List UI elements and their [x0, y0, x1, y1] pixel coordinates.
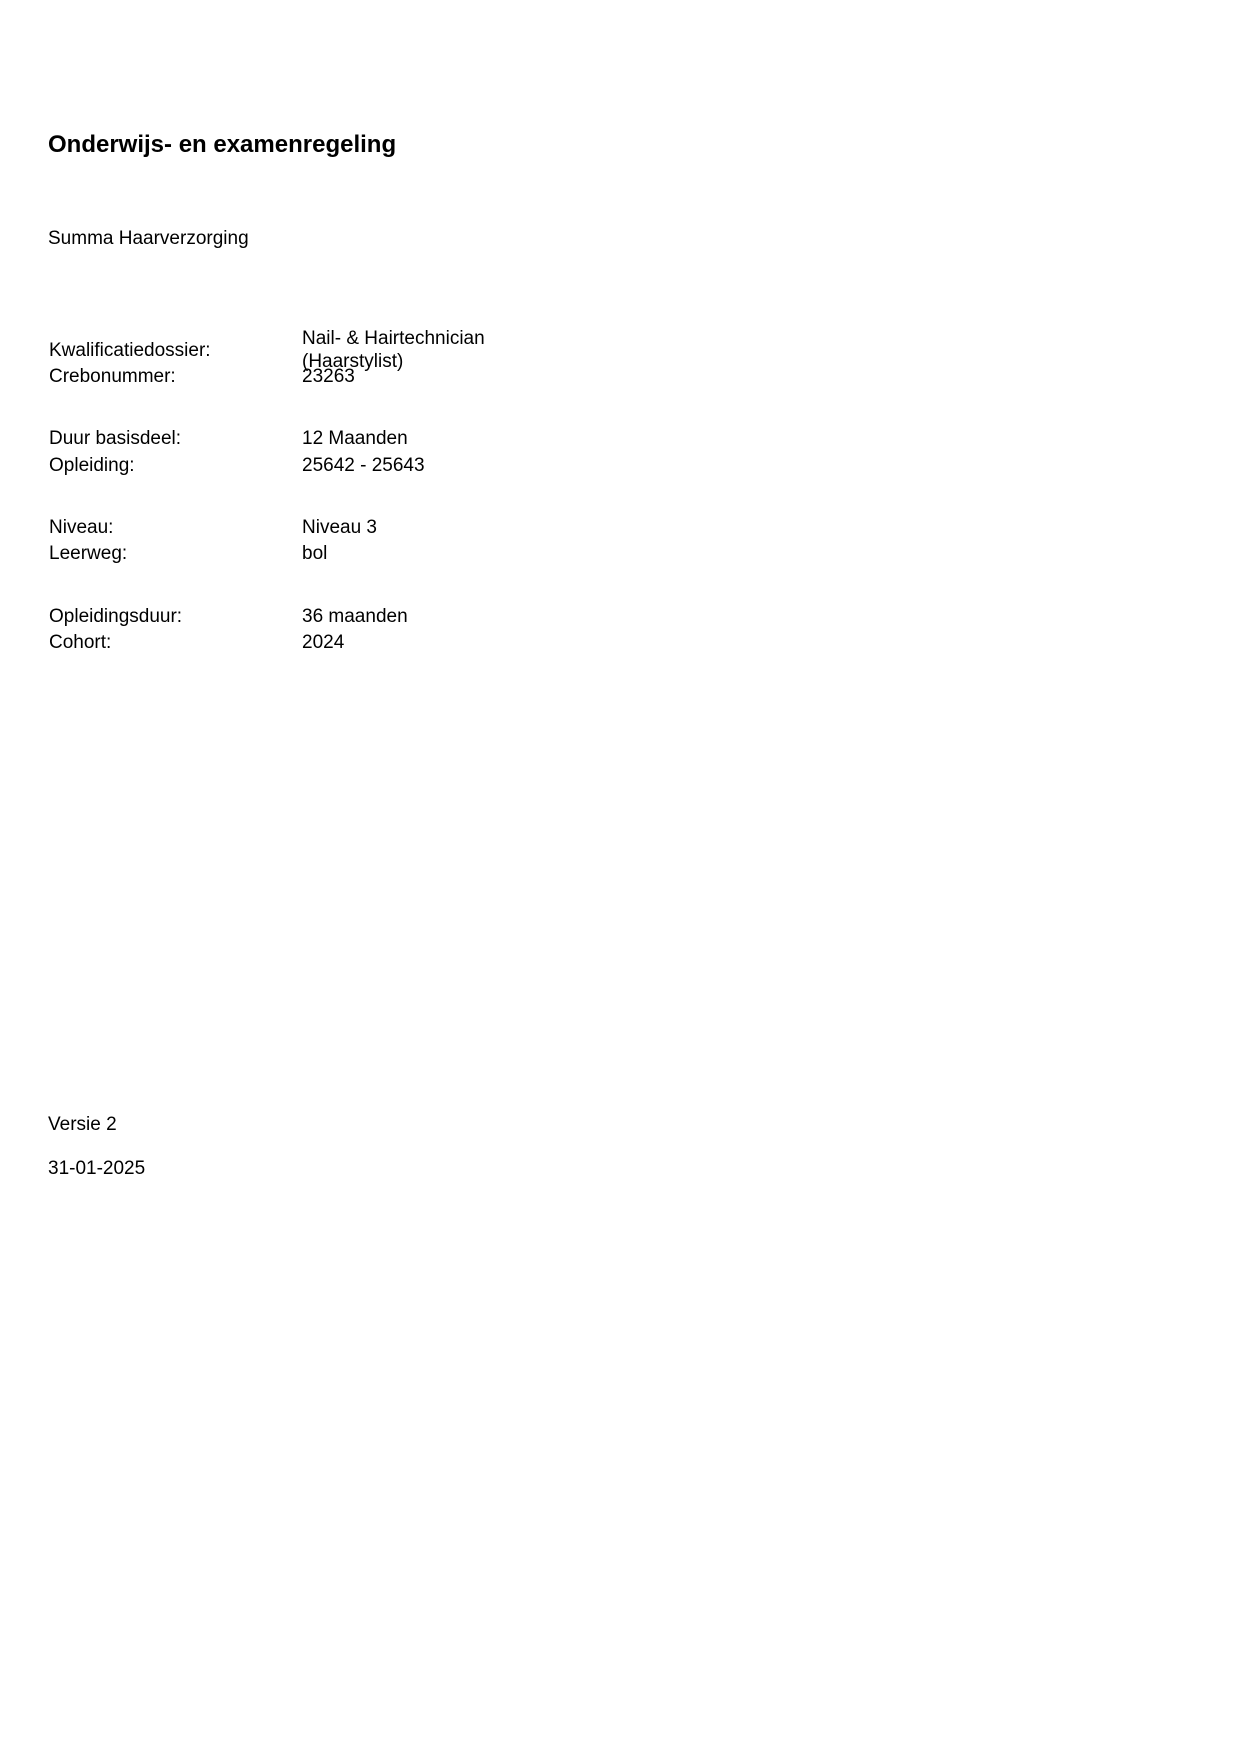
field-label: Kwalificatiedossier: — [49, 339, 302, 362]
field-row-duur-basisdeel: Duur basisdeel: 12 Maanden — [49, 427, 522, 450]
field-value: Niveau 3 — [302, 516, 522, 539]
field-value: 12 Maanden — [302, 427, 522, 450]
field-row-opleiding: Opleiding: 25642 - 25643 — [49, 454, 522, 477]
document-date: 31-01-2025 — [48, 1158, 145, 1180]
field-row-niveau: Niveau: Niveau 3 — [49, 516, 522, 539]
field-value: 36 maanden — [302, 605, 522, 628]
field-value: 25642 - 25643 — [302, 454, 522, 477]
field-label: Crebonummer: — [49, 365, 302, 388]
version-label: Versie 2 — [48, 1114, 117, 1136]
field-label: Duur basisdeel: — [49, 427, 302, 450]
field-row-cohort: Cohort: 2024 — [49, 631, 522, 654]
field-label: Cohort: — [49, 631, 302, 654]
field-label: Leerweg: — [49, 542, 302, 565]
field-row-opleidingsduur: Opleidingsduur: 36 maanden — [49, 605, 522, 628]
field-label: Opleidingsduur: — [49, 605, 302, 628]
field-label: Opleiding: — [49, 454, 302, 477]
field-value: bol — [302, 542, 522, 565]
field-value: 23263 — [302, 365, 522, 388]
field-value: 2024 — [302, 631, 522, 654]
document-title: Onderwijs- en examenregeling — [48, 131, 396, 159]
department-name: Summa Haarverzorging — [48, 228, 249, 250]
field-label: Niveau: — [49, 516, 302, 539]
field-row-crebonummer: Crebonummer: 23263 — [49, 365, 522, 388]
field-row-leerweg: Leerweg: bol — [49, 542, 522, 565]
